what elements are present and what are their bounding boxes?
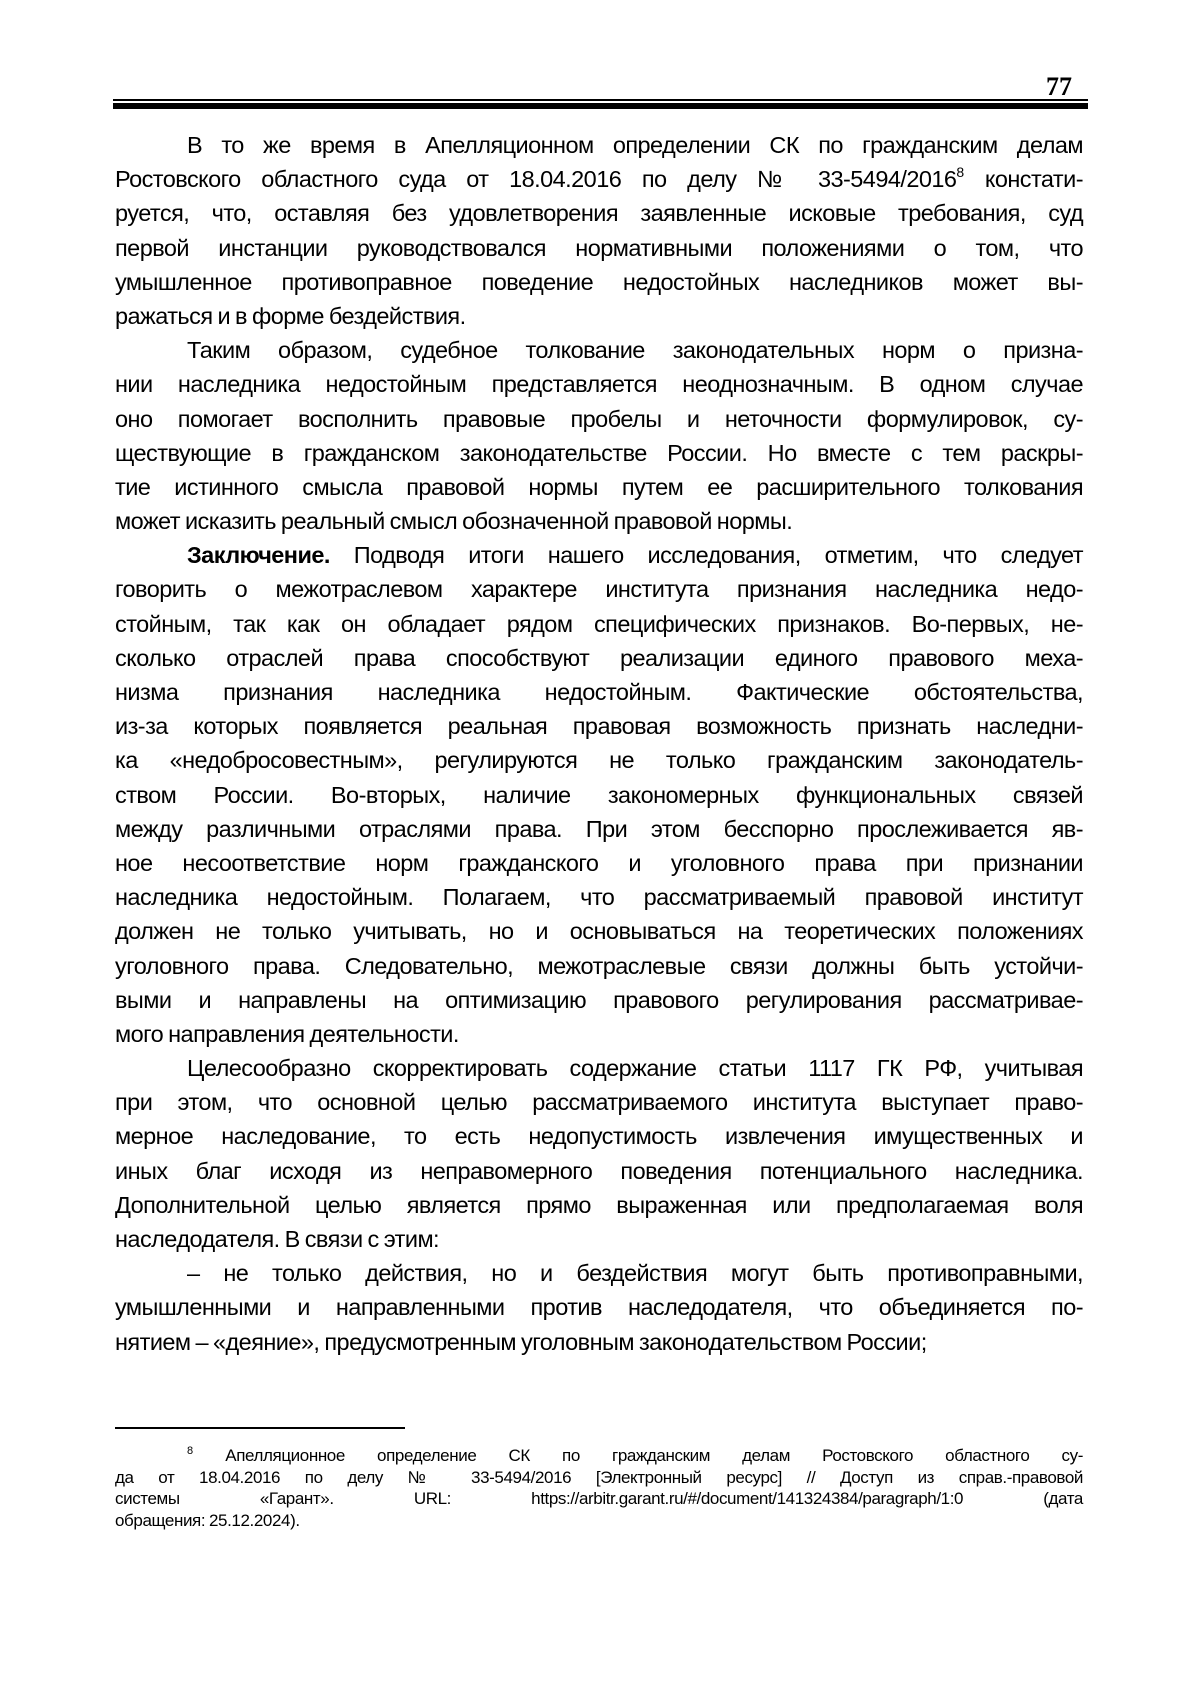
text-line-content: стойным, так как он обладает рядом специ… (115, 611, 1083, 637)
text-line-content: умышленное противоправное поведение недо… (115, 269, 1083, 295)
text-line: Ростовского областного суда от 18.04.201… (115, 162, 1083, 196)
footnote: 8 Апелляционное определение СК по гражда… (115, 1445, 1083, 1531)
text-line-content: Подводя итоги нашего исследования, отмет… (330, 542, 1083, 568)
text-line: иных благ исходя из неправомерного повед… (115, 1154, 1083, 1188)
text-line: наследодателя. В связи с этим: (115, 1222, 1083, 1256)
footnote-line: 8 Апелляционное определение СК по гражда… (115, 1445, 1083, 1467)
paragraph-1: В то же время в Апелляционном определени… (115, 128, 1083, 333)
text-line: оно помогает восполнить правовые пробелы… (115, 402, 1083, 436)
text-line-content: Целесообразно скорректировать содержание… (187, 1055, 1083, 1081)
text-line: ражаться и в форме бездействия. (115, 299, 1083, 333)
text-line: нятием – «деяние», предусмотренным уголо… (115, 1325, 1083, 1359)
footnote-line-content: обращения: 25.12.2024). (115, 1511, 300, 1530)
text-line-content: Дополнительной целью является прямо выра… (115, 1192, 1083, 1218)
text-line: должен не только учитывать, но и основыв… (115, 914, 1083, 948)
text-line: сколько отраслей права способствуют реал… (115, 641, 1083, 675)
body-text: В то же время в Апелляционном определени… (115, 128, 1083, 1359)
text-line-content: В то же время в Апелляционном определени… (187, 132, 1083, 158)
header-rule-thin (113, 99, 1088, 101)
text-line-content: иных благ исходя из неправомерного повед… (115, 1158, 1083, 1184)
text-line: говорить о межотраслевом характере инсти… (115, 572, 1083, 606)
text-line: Дополнительной целью является прямо выра… (115, 1188, 1083, 1222)
paragraph-conclusion: Заключение. Подводя итоги нашего исследо… (115, 538, 1083, 1051)
text-line-content: при этом, что основной целью рассматрива… (115, 1089, 1083, 1115)
text-line: первой инстанции руководствовался нормат… (115, 231, 1083, 265)
footnote-line-content: Апелляционное определение СК по гражданс… (193, 1446, 1083, 1465)
text-line-content: выми и направлены на оптимизацию правово… (115, 987, 1083, 1013)
text-line-content: нятием – «деяние», предусмотренным уголо… (115, 1329, 927, 1355)
text-line-content: может исказить реальный смысл обозначенн… (115, 508, 792, 534)
text-line-content: Таким образом, судебное толкование закон… (187, 337, 1083, 363)
text-line-content: уголовного права. Следовательно, межотра… (115, 953, 1083, 979)
page-number: 77 (960, 72, 1072, 102)
text-line: тие истинного смысла правовой нормы путе… (115, 470, 1083, 504)
text-line-content: должен не только учитывать, но и основыв… (115, 918, 1083, 944)
text-line: умышленное противоправное поведение недо… (115, 265, 1083, 299)
text-line-content: руется, что, оставляя без удовлетворения… (115, 200, 1083, 226)
text-line: низма признания наследника недостойным. … (115, 675, 1083, 709)
text-line-content: ное несоответствие норм гражданского и у… (115, 850, 1083, 876)
conclusion-heading: Заключение. (187, 542, 330, 568)
text-line-content: наследодателя. В связи с этим: (115, 1226, 439, 1252)
text-line-content: ством России. Во-вторых, наличие законом… (115, 782, 1083, 808)
text-line: может исказить реальный смысл обозначенн… (115, 504, 1083, 538)
footnote-line-content: да от 18.04.2016 по делу № 33-5494/2016 … (115, 1468, 1083, 1487)
text-line: ка «недобросовестным», регулируются не т… (115, 743, 1083, 777)
text-line: наследника недостойным. Полагаем, что ра… (115, 880, 1083, 914)
footnote-url-line[interactable]: системы «Гарант». URL: https://arbitr.ga… (115, 1489, 1083, 1508)
text-line: ное несоответствие норм гражданского и у… (115, 846, 1083, 880)
text-line-content: умышленными и направленными против насле… (115, 1294, 1083, 1320)
text-line-content: мого направления деятельности. (115, 1021, 459, 1047)
text-line-content: констати- (964, 166, 1083, 192)
text-line-content: ществующие в гражданском законодательств… (115, 440, 1083, 466)
text-line-content: низма признания наследника недостойным. … (115, 679, 1083, 705)
text-line-content: Ростовского областного суда от 18.04.201… (115, 166, 956, 192)
text-line: Целесообразно скорректировать содержание… (115, 1051, 1083, 1085)
text-line-content: мерное наследование, то есть недопустимо… (115, 1123, 1083, 1149)
text-line-content: ражаться и в форме бездействия. (115, 303, 466, 329)
list-item: – не только действия, но и бездействия м… (115, 1256, 1083, 1359)
text-line: при этом, что основной целью рассматрива… (115, 1085, 1083, 1119)
text-line: из-за которых появляется реальная правов… (115, 709, 1083, 743)
text-line-content: оно помогает восполнить правовые пробелы… (115, 406, 1083, 432)
text-line-content: говорить о межотраслевом характере инсти… (115, 576, 1083, 602)
footnote-separator (115, 1427, 405, 1429)
text-line-content: нии наследника недостойным представляетс… (115, 371, 1083, 397)
text-line-content: наследника недостойным. Полагаем, что ра… (115, 884, 1083, 910)
paragraph-4: Целесообразно скорректировать содержание… (115, 1051, 1083, 1256)
text-line: мерное наследование, то есть недопустимо… (115, 1119, 1083, 1153)
text-line-content: из-за которых появляется реальная правов… (115, 713, 1083, 739)
footnote-line: да от 18.04.2016 по делу № 33-5494/2016 … (115, 1467, 1083, 1489)
footnote-line: системы «Гарант». URL: https://arbitr.ga… (115, 1488, 1083, 1510)
text-line-content: первой инстанции руководствовался нормат… (115, 235, 1083, 261)
text-line: умышленными и направленными против насле… (115, 1290, 1083, 1324)
text-line: В то же время в Апелляционном определени… (115, 128, 1083, 162)
text-line-content: ка «недобросовестным», регулируются не т… (115, 747, 1083, 773)
text-line: уголовного права. Следовательно, межотра… (115, 949, 1083, 983)
footnote-line: обращения: 25.12.2024). (115, 1510, 1083, 1532)
text-line: нии наследника недостойным представляетс… (115, 367, 1083, 401)
text-line-content: тие истинного смысла правовой нормы путе… (115, 474, 1083, 500)
text-line: мого направления деятельности. (115, 1017, 1083, 1051)
header-rule-thick (113, 103, 1088, 109)
paragraph-2: Таким образом, судебное толкование закон… (115, 333, 1083, 538)
text-line: Заключение. Подводя итоги нашего исследо… (115, 538, 1083, 572)
text-line-content: сколько отраслей права способствуют реал… (115, 645, 1083, 671)
text-line: руется, что, оставляя без удовлетворения… (115, 196, 1083, 230)
text-line: – не только действия, но и бездействия м… (115, 1256, 1083, 1290)
text-line: ством России. Во-вторых, наличие законом… (115, 778, 1083, 812)
text-line: между различными отраслями права. При эт… (115, 812, 1083, 846)
text-line: Таким образом, судебное толкование закон… (115, 333, 1083, 367)
text-line: стойным, так как он обладает рядом специ… (115, 607, 1083, 641)
text-line: выми и направлены на оптимизацию правово… (115, 983, 1083, 1017)
text-line-content: между различными отраслями права. При эт… (115, 816, 1083, 842)
text-line-content: – не только действия, но и бездействия м… (187, 1260, 1083, 1286)
text-line: ществующие в гражданском законодательств… (115, 436, 1083, 470)
